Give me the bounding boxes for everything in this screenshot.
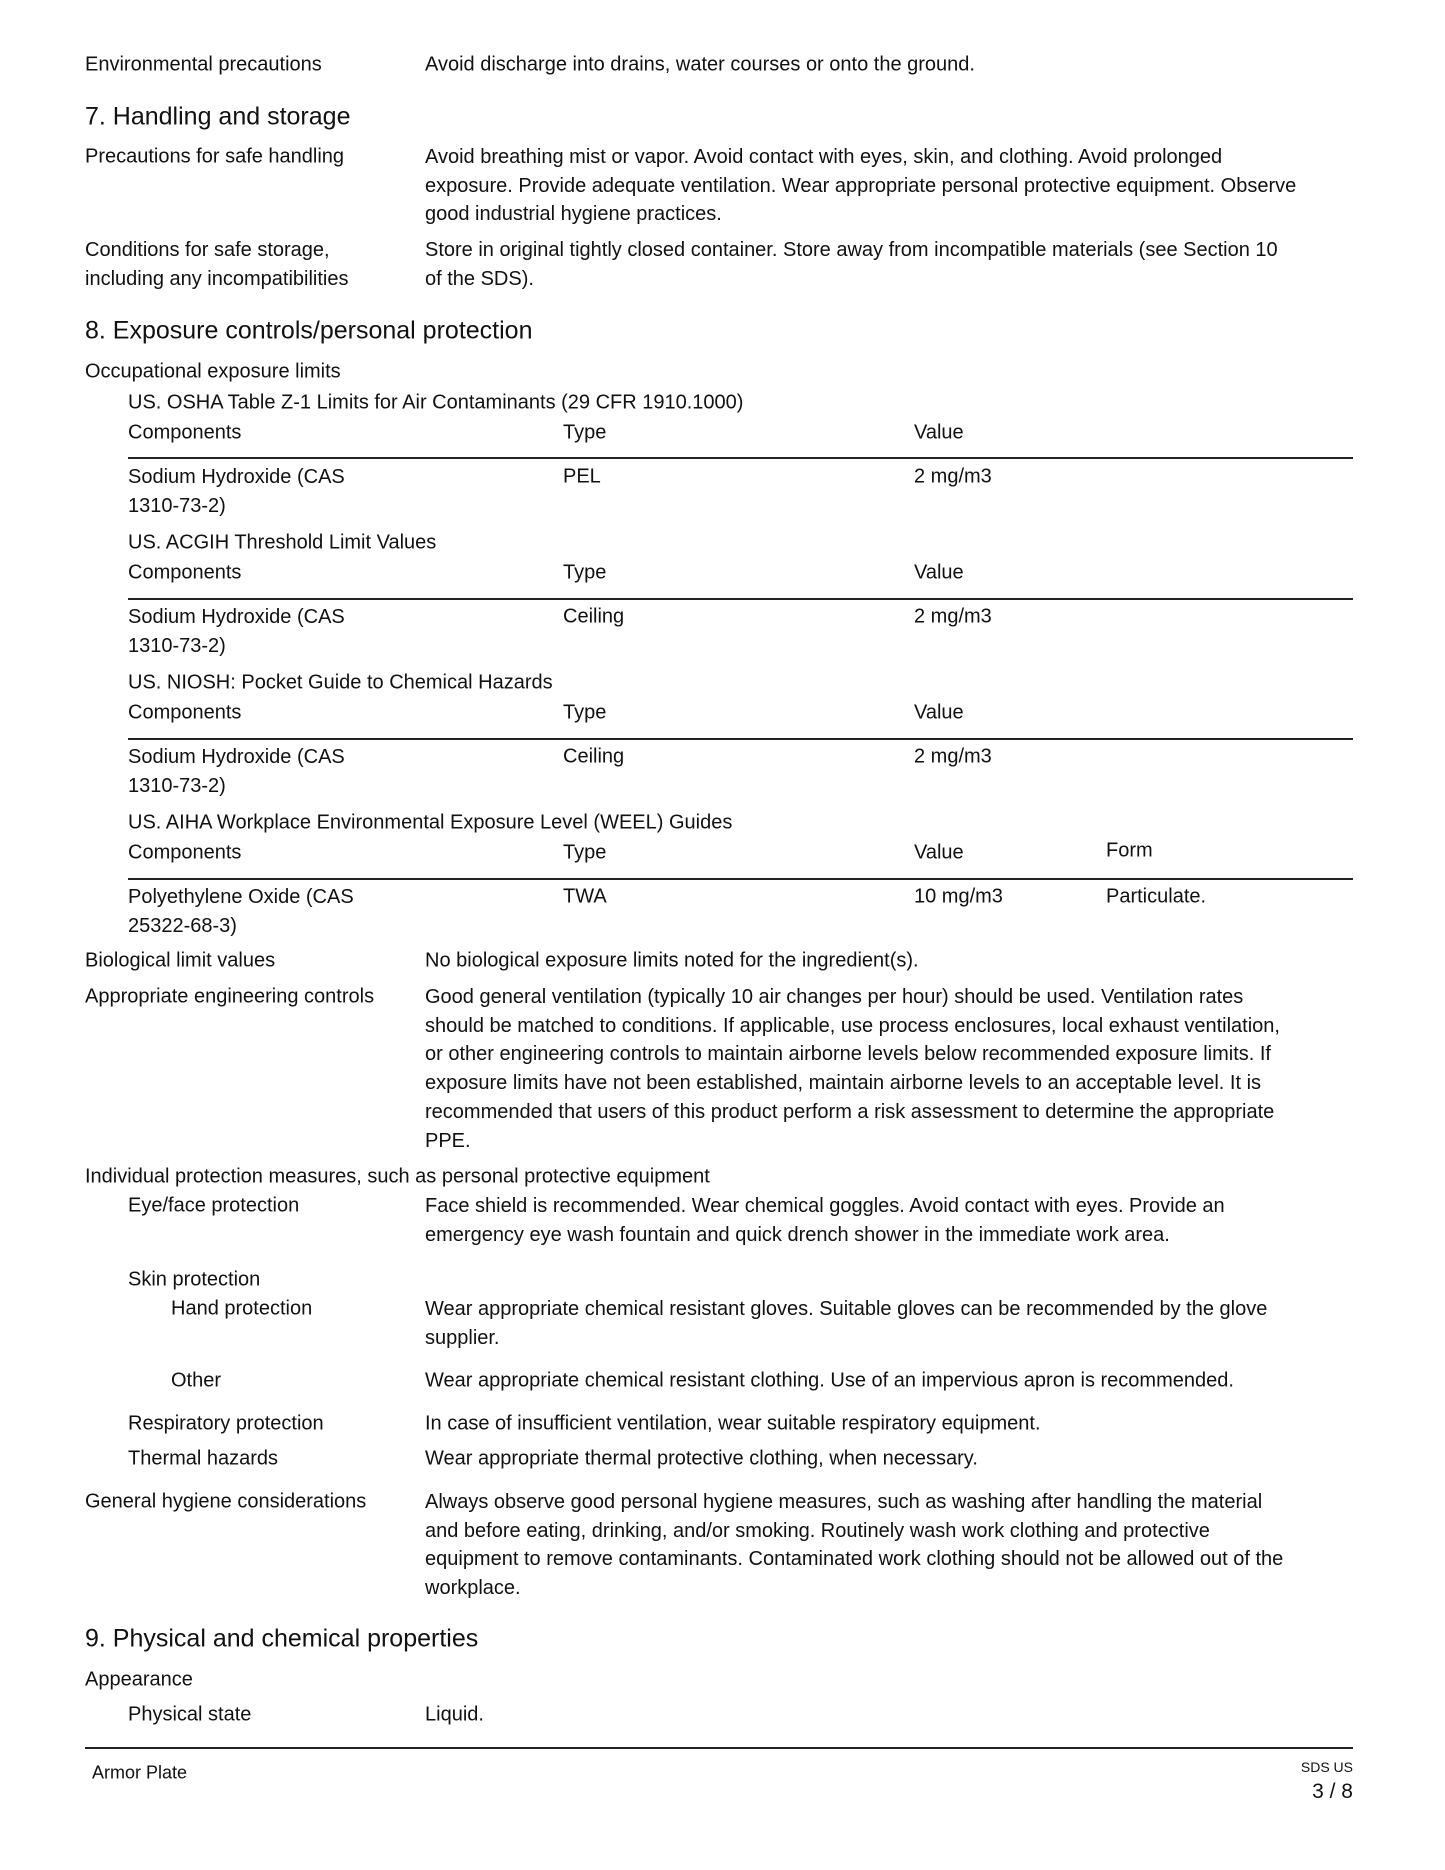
engineering-controls-value: Good general ventilation (typically 10 a…	[425, 983, 1280, 1155]
col-header-components: Components	[128, 559, 241, 588]
text-line: supplier.	[425, 1324, 1267, 1353]
text-line: emergency eye wash fountain and quick dr…	[425, 1221, 1225, 1250]
text-line: Conditions for safe storage,	[85, 236, 348, 265]
text-line: Polyethylene Oxide (CAS	[128, 883, 354, 912]
bio-limits-label: Biological limit values	[85, 947, 275, 976]
text-line: exposure. Provide adequate ventilation. …	[425, 172, 1296, 201]
other-protection-value: Wear appropriate chemical resistant clot…	[425, 1367, 1234, 1396]
text-line: including any incompatibilities	[85, 265, 348, 294]
col-header-components: Components	[128, 839, 241, 868]
col-header-form: Form	[1106, 837, 1153, 866]
respiratory-protection-label: Respiratory protection	[128, 1410, 324, 1439]
text-line: 1310-73-2)	[128, 772, 345, 801]
table-row-value: 2 mg/m3	[914, 463, 992, 492]
text-line: Avoid breathing mist or vapor. Avoid con…	[425, 143, 1296, 172]
text-line: Good general ventilation (typically 10 a…	[425, 983, 1280, 1012]
table-row-type: TWA	[563, 883, 607, 912]
col-header-value: Value	[914, 839, 964, 868]
bio-limits-value: No biological exposure limits noted for …	[425, 947, 919, 976]
table-title-aiha: US. AIHA Workplace Environmental Exposur…	[128, 809, 732, 838]
hand-protection-label: Hand protection	[171, 1295, 312, 1324]
eye-face-label: Eye/face protection	[128, 1192, 299, 1221]
table-row-form: Particulate.	[1106, 883, 1206, 912]
other-protection-label: Other	[171, 1367, 221, 1396]
table-row-type: Ceiling	[563, 603, 624, 632]
text-line: good industrial hygiene practices.	[425, 200, 1296, 229]
safe-handling-value: Avoid breathing mist or vapor. Avoid con…	[425, 143, 1296, 229]
text-line: or other engineering controls to maintai…	[425, 1040, 1280, 1069]
table-row-type: PEL	[563, 463, 601, 492]
text-line: Store in original tightly closed contain…	[425, 236, 1278, 265]
col-header-type: Type	[563, 839, 606, 868]
text-line: Always observe good personal hygiene mea…	[425, 1488, 1283, 1517]
col-header-components: Components	[128, 419, 241, 448]
text-line: 25322-68-3)	[128, 912, 354, 941]
col-header-type: Type	[563, 699, 606, 728]
env-precautions-value: Avoid discharge into drains, water cours…	[425, 51, 975, 80]
text-line: Sodium Hydroxide (CAS	[128, 463, 345, 492]
table-row-value: 2 mg/m3	[914, 743, 992, 772]
table-row-component: Sodium Hydroxide (CAS 1310-73-2)	[128, 743, 345, 800]
text-line: Sodium Hydroxide (CAS	[128, 743, 345, 772]
table-title-acgih: US. ACGIH Threshold Limit Values	[128, 529, 436, 558]
table-row-type: Ceiling	[563, 743, 624, 772]
eye-face-value: Face shield is recommended. Wear chemica…	[425, 1192, 1225, 1249]
footer-doc-type: SDS US	[1301, 1759, 1353, 1775]
col-header-value: Value	[914, 559, 964, 588]
text-line: 1310-73-2)	[128, 632, 345, 661]
col-header-components: Components	[128, 699, 241, 728]
thermal-hazards-label: Thermal hazards	[128, 1445, 278, 1474]
table-row-component: Polyethylene Oxide (CAS 25322-68-3)	[128, 883, 354, 940]
table-header-rule	[128, 598, 1353, 600]
text-line: of the SDS).	[425, 265, 1278, 294]
table-header-rule	[128, 738, 1353, 740]
col-header-type: Type	[563, 419, 606, 448]
text-line: PPE.	[425, 1127, 1280, 1156]
text-line: Wear appropriate chemical resistant glov…	[425, 1295, 1267, 1324]
col-header-value: Value	[914, 699, 964, 728]
table-title-osha: US. OSHA Table Z-1 Limits for Air Contam…	[128, 389, 743, 418]
safe-storage-value: Store in original tightly closed contain…	[425, 236, 1278, 293]
skin-protection-label: Skin protection	[128, 1266, 260, 1295]
hygiene-label: General hygiene considerations	[85, 1488, 366, 1517]
physical-state-label: Physical state	[128, 1701, 251, 1730]
text-line: exposure limits have not been establishe…	[425, 1069, 1280, 1098]
hygiene-value: Always observe good personal hygiene mea…	[425, 1488, 1283, 1603]
table-row-value: 2 mg/m3	[914, 603, 992, 632]
appearance-label: Appearance	[85, 1666, 193, 1695]
respiratory-protection-value: In case of insufficient ventilation, wea…	[425, 1410, 1041, 1439]
physical-state-value: Liquid.	[425, 1701, 484, 1730]
env-precautions-label: Environmental precautions	[85, 51, 322, 80]
text-line: Face shield is recommended. Wear chemica…	[425, 1192, 1225, 1221]
table-title-niosh: US. NIOSH: Pocket Guide to Chemical Haza…	[128, 669, 553, 698]
safe-handling-label: Precautions for safe handling	[85, 143, 344, 172]
text-line: recommended that users of this product p…	[425, 1098, 1280, 1127]
text-line: equipment to remove contaminants. Contam…	[425, 1545, 1283, 1574]
individual-protection-label: Individual protection measures, such as …	[85, 1163, 710, 1192]
footer-product-name: Armor Plate	[92, 1763, 187, 1784]
section-7-heading: 7. Handling and storage	[85, 103, 350, 132]
text-line: 1310-73-2)	[128, 492, 345, 521]
text-line: Sodium Hydroxide (CAS	[128, 603, 345, 632]
table-header-rule	[128, 878, 1353, 880]
footer-rule	[85, 1747, 1353, 1749]
table-row-component: Sodium Hydroxide (CAS 1310-73-2)	[128, 463, 345, 520]
table-row-component: Sodium Hydroxide (CAS 1310-73-2)	[128, 603, 345, 660]
safe-storage-label: Conditions for safe storage, including a…	[85, 236, 348, 293]
text-line: should be matched to conditions. If appl…	[425, 1012, 1280, 1041]
hand-protection-value: Wear appropriate chemical resistant glov…	[425, 1295, 1267, 1352]
table-header-rule	[128, 457, 1353, 459]
thermal-hazards-value: Wear appropriate thermal protective clot…	[425, 1445, 978, 1474]
col-header-type: Type	[563, 559, 606, 588]
footer-page-number: 3 / 8	[1312, 1780, 1353, 1804]
section-9-heading: 9. Physical and chemical properties	[85, 1625, 478, 1654]
text-line: workplace.	[425, 1574, 1283, 1603]
engineering-controls-label: Appropriate engineering controls	[85, 983, 374, 1012]
text-line: and before eating, drinking, and/or smok…	[425, 1517, 1283, 1546]
table-row-value: 10 mg/m3	[914, 883, 1003, 912]
col-header-value: Value	[914, 419, 964, 448]
oel-label: Occupational exposure limits	[85, 358, 341, 387]
section-8-heading: 8. Exposure controls/personal protection	[85, 317, 532, 346]
